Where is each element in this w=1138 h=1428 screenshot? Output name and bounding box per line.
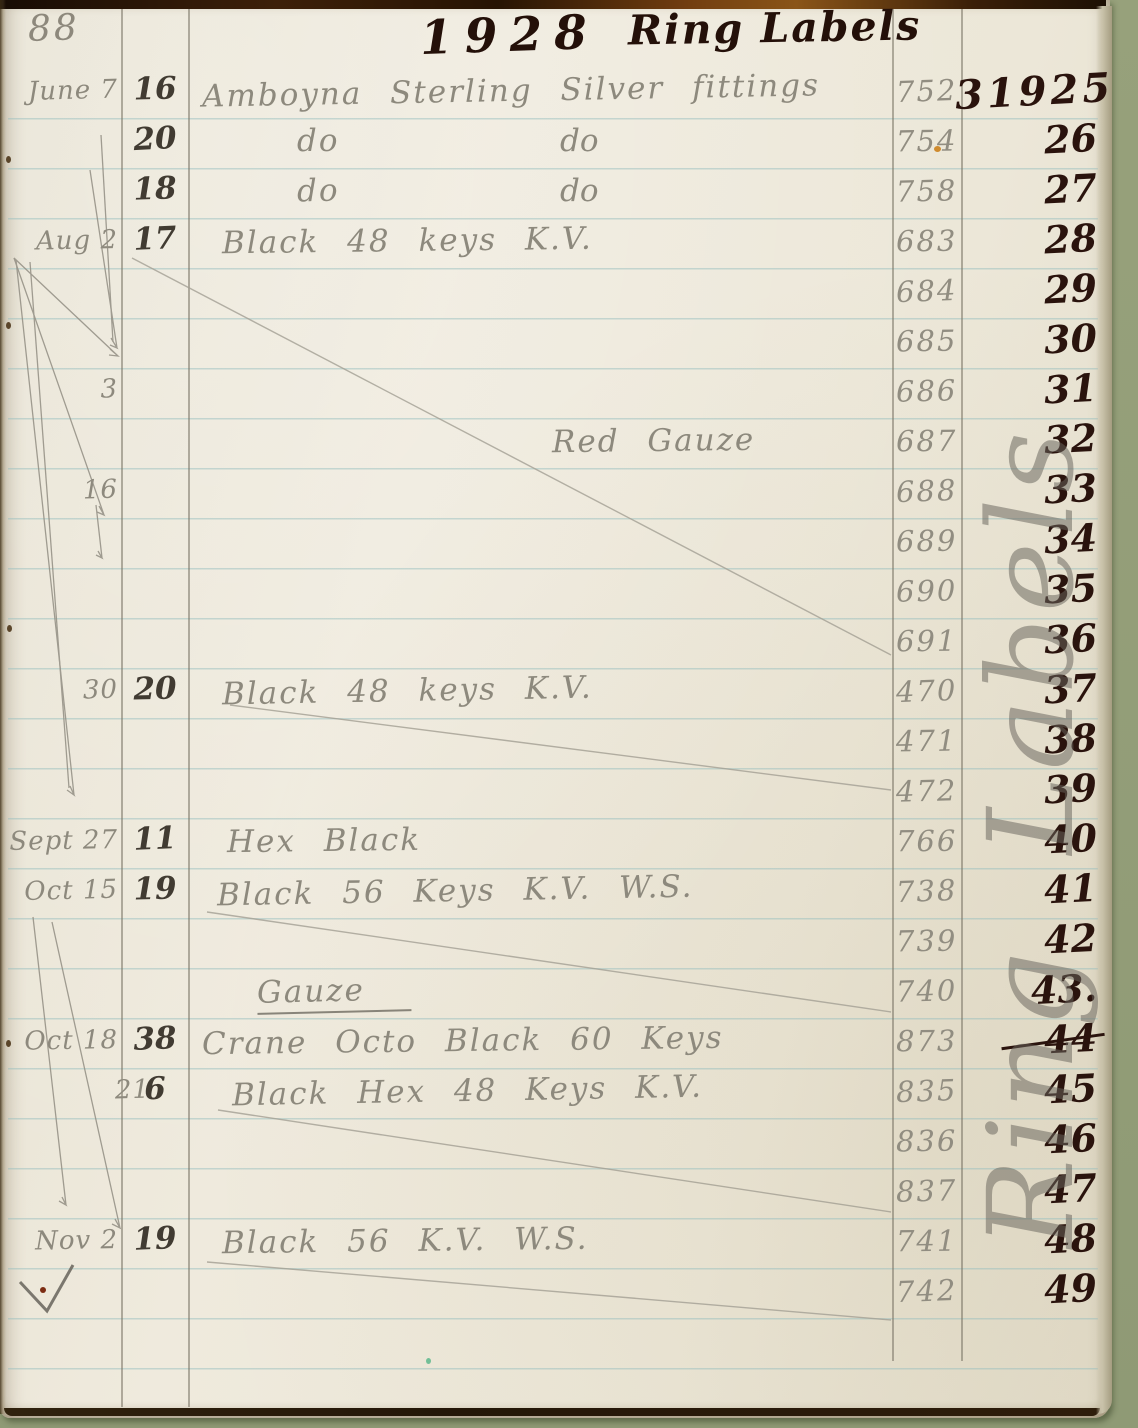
checkmark bbox=[20, 1265, 73, 1311]
binding-hole bbox=[7, 625, 12, 632]
scanned-ledger-page: 88 1928 Ring Labels June 716Amboyna Ster… bbox=[0, 0, 1138, 1428]
binding-hole bbox=[6, 156, 11, 163]
pencil-annotation-lines bbox=[0, 0, 1138, 1428]
binding-hole bbox=[6, 322, 11, 329]
paper-speck bbox=[426, 1358, 431, 1364]
ink-speck bbox=[40, 1287, 46, 1293]
paper-speck bbox=[934, 146, 941, 152]
binding-hole bbox=[6, 1040, 11, 1047]
